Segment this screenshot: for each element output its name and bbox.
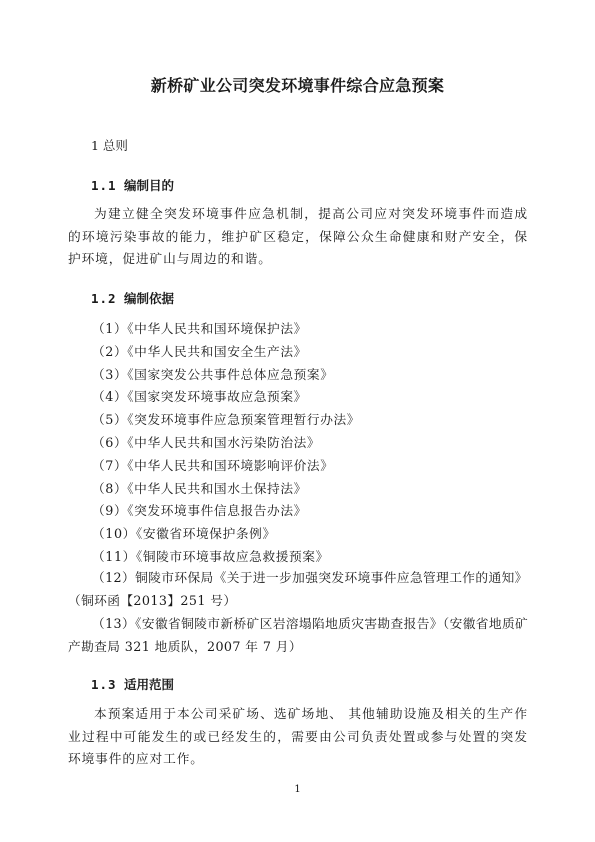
- list-item: （1）《中华人民共和国环境保护法》: [92, 318, 360, 341]
- list-item: （9）《突发环境事件信息报告办法》: [92, 500, 360, 523]
- section-title: 编制目的: [124, 178, 174, 193]
- list-item: （3）《国家突发公共事件总体应急预案》: [92, 364, 360, 387]
- page-number: 1: [0, 784, 595, 795]
- section-number: 1.3: [91, 677, 124, 692]
- section-title: 适用范围: [124, 677, 174, 692]
- list-item: （5）《突发环境事件应急预案管理暂行办法》: [92, 409, 360, 432]
- list-item: （4）《国家突发环境事故应急预案》: [92, 386, 360, 409]
- section-number: 1.1: [91, 178, 124, 193]
- scope-paragraph: 本预案适用于本公司采矿场、选矿场地、 其他辅助设施及相关的生产作业过程中可能发生…: [68, 703, 528, 771]
- document-title: 新桥矿业公司突发环境事件综合应急预案: [0, 73, 595, 96]
- document-page: 新桥矿业公司突发环境事件综合应急预案 1 总则 1.1编制目的 为建立健全突发环…: [0, 0, 595, 842]
- section-heading-general: 1 总则: [91, 136, 128, 154]
- section-heading-purpose: 1.1编制目的: [91, 176, 174, 194]
- list-item: （2）《中华人民共和国安全生产法》: [92, 341, 360, 364]
- list-item-12: （12）铜陵市环保局《关于进一步加强突发环境事件应急管理工作的通知》（铜环函【2…: [68, 567, 530, 612]
- section-heading-scope: 1.3适用范围: [91, 675, 174, 693]
- section-title: 编制依据: [124, 291, 174, 306]
- basis-list: （1）《中华人民共和国环境保护法》 （2）《中华人民共和国安全生产法》 （3）《…: [92, 318, 360, 569]
- list-item: （6）《中华人民共和国水污染防治法》: [92, 432, 360, 455]
- list-item: （7）《中华人民共和国环境影响评价法》: [92, 455, 360, 478]
- list-item: （11）《铜陵市环境事故应急救援预案》: [92, 546, 360, 569]
- section-number: 1.2: [91, 291, 124, 306]
- purpose-paragraph: 为建立健全突发环境事件应急机制，提高公司应对突发环境事件而造成的环境污染事故的能…: [68, 203, 528, 271]
- list-item: （8）《中华人民共和国水土保持法》: [92, 478, 360, 501]
- list-item-13: （13）《安徽省铜陵市新桥矿区岩溶塌陷地质灾害勘查报告》（安徽省地质矿产勘查局 …: [68, 613, 530, 658]
- section-heading-basis: 1.2编制依据: [91, 289, 174, 307]
- list-item: （10）《安徽省环境保护条例》: [92, 523, 360, 546]
